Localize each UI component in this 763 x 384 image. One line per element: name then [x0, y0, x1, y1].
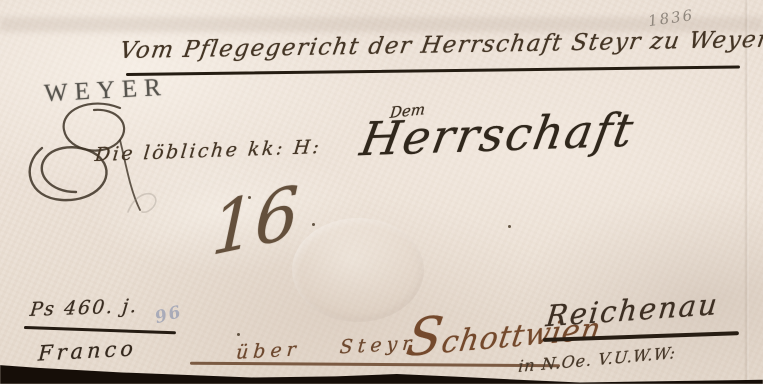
- fold-crease: [744, 0, 749, 384]
- route-underline: [190, 362, 560, 367]
- registry-underline: [24, 326, 176, 335]
- ink-speck: [248, 196, 251, 199]
- pencil-smudge: [120, 184, 168, 222]
- route-via-note: über Steyr: [235, 332, 417, 364]
- historic-letter-photo: Vom Pflegegericht der Herrschaft Steyr z…: [0, 0, 763, 384]
- embossed-seal: [292, 218, 424, 322]
- docket-underline: [126, 65, 740, 75]
- destination-name: Reichenau: [544, 287, 720, 333]
- ink-speck: [312, 223, 315, 226]
- ink-speck: [508, 225, 511, 228]
- franco-marking: Franco: [37, 336, 137, 365]
- address-main: Herrschaft: [356, 102, 639, 166]
- registry-note: Ps 460. j.: [29, 295, 140, 321]
- docket-line: Vom Pflegegericht der Herrschaft Steyr z…: [118, 27, 763, 64]
- ink-speck: [237, 333, 240, 336]
- crayon-number: 96: [153, 302, 185, 328]
- rate-marking: 16: [210, 169, 300, 272]
